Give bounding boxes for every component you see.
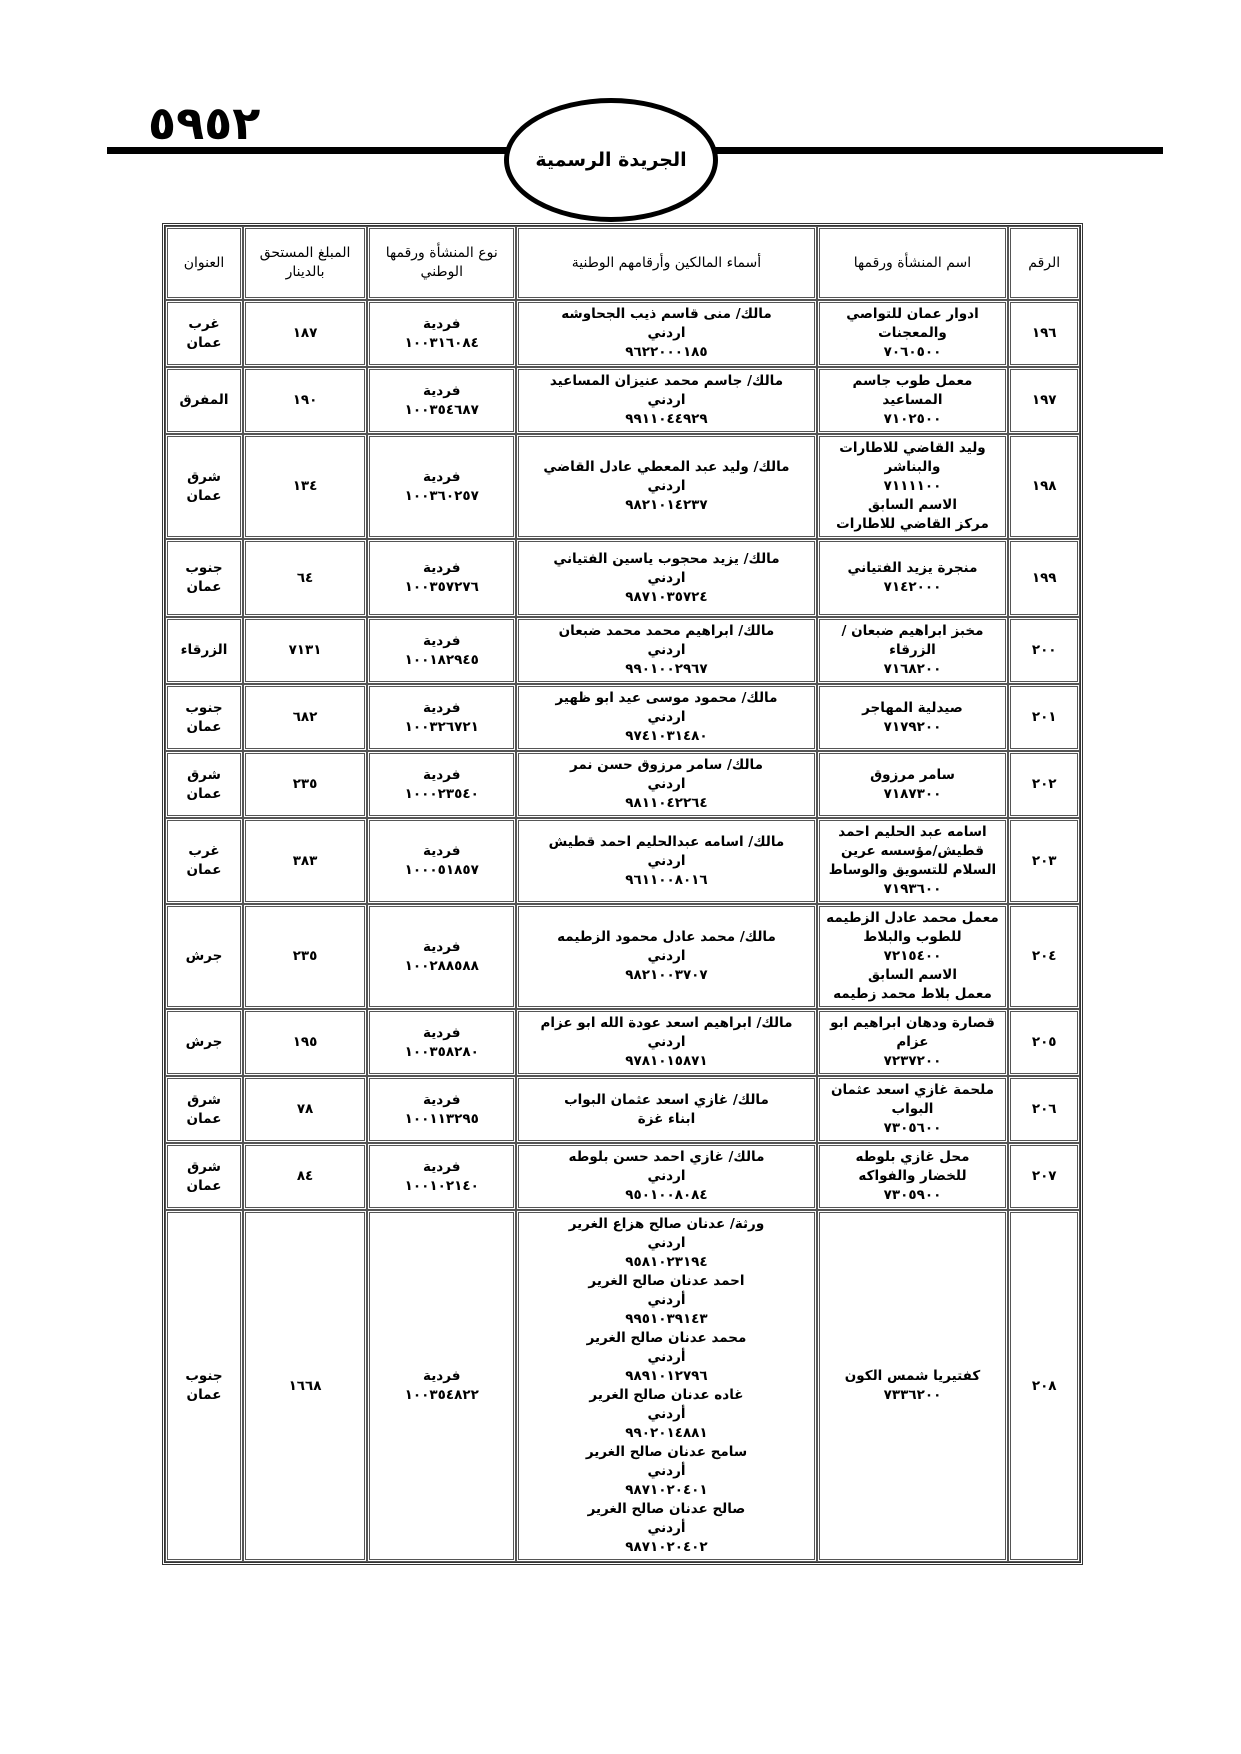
cell-type: فردية١٠٠٢٨٨٥٨٨ — [367, 904, 516, 1009]
cell-type-line: فردية — [374, 468, 509, 487]
cell-establishment-line: المساعيد — [824, 391, 1002, 410]
cell-type: فردية١٠٠١٠٢١٤٠ — [367, 1143, 516, 1210]
cell-amount: ١٨٧ — [243, 300, 367, 367]
cell-owners: مالك/ اسامه عبدالحليم احمد قطيشاردني٩٦١١… — [516, 818, 816, 904]
cell-establishment-line: ٧١١١١٠٠ — [824, 477, 1002, 496]
publication-title-oval: الجريدة الرسمية — [504, 98, 718, 222]
cell-type-line: ١٠٠١٨٢٩٤٥ — [374, 651, 509, 670]
cell-type: فردية١٠٠٣٥٧٢٧٦ — [367, 539, 516, 617]
cell-number: ١٩٧ — [1008, 367, 1080, 434]
table-row: ٢٠٨كفتيريا شمس الكون٧٣٣٦٢٠٠ورثة/ عدنان ص… — [165, 1210, 1080, 1562]
table-row: ٢٠٠مخبز ابراهيم ضبعان /الزرقاء٧١٦٨٢٠٠مال… — [165, 617, 1080, 684]
cell-type-line: ١٠٠٣٥٨٢٨٠ — [374, 1043, 509, 1062]
cell-type-line: ١٠٠٠٢٣٥٤٠ — [374, 785, 509, 804]
cell-owners-line: ٩٩٠٢٠١٤٨٨١ — [523, 1424, 809, 1443]
cell-establishment-line: قصارة ودهان ابراهيم ابو — [824, 1014, 1002, 1033]
cell-type-line: ١٠٠١١٣٢٩٥ — [374, 1110, 509, 1129]
cell-owners-line: ٩٩١١٠٤٤٩٢٩ — [523, 410, 809, 429]
cell-owners-line: مالك/ ابراهيم اسعد عودة الله ابو عزام — [523, 1014, 809, 1033]
cell-address-line: جرش — [172, 1033, 236, 1052]
cell-amount-value: ٢٣٥ — [293, 776, 318, 792]
table-header-row: الرقم اسم المنشأة ورقمها أسماء المالكين … — [165, 226, 1080, 300]
cell-number: ٢٠٠ — [1008, 617, 1080, 684]
cell-establishment-line: كفتيريا شمس الكون — [824, 1367, 1002, 1386]
cell-owners-line: اردني — [523, 947, 809, 966]
publication-title: الجريدة الرسمية — [535, 149, 686, 171]
cell-owners-line: اردني — [523, 1167, 809, 1186]
cell-establishment: اسامه عبد الحليم احمدقطيش/مؤسسه عرينالسل… — [817, 818, 1009, 904]
cell-number-value: ١٩٨ — [1032, 478, 1057, 494]
cell-type-line: فردية — [374, 559, 509, 578]
cell-owners-line: ابناء غزة — [523, 1110, 809, 1129]
cell-address: جرش — [165, 904, 243, 1009]
cell-address: شرقعمان — [165, 434, 243, 539]
cell-number: ٢٠٧ — [1008, 1143, 1080, 1210]
cell-establishment-line: ٧١٦٨٢٠٠ — [824, 660, 1002, 679]
cell-type-line: ١٠٠٣٢٦٧٢١ — [374, 718, 509, 737]
cell-type: فردية١٠٠٣١٦٠٨٤ — [367, 300, 516, 367]
cell-address: جنوبعمان — [165, 1210, 243, 1562]
cell-type: فردية١٠٠٣٥٤٨٢٢ — [367, 1210, 516, 1562]
cell-number-value: ١٩٧ — [1032, 392, 1057, 408]
cell-type-line: ١٠٠٢٨٨٥٨٨ — [374, 957, 509, 976]
cell-establishment-line: للطوب والبلاط — [824, 928, 1002, 947]
cell-owners-line: ٩٨٩١٠١٢٧٩٦ — [523, 1367, 809, 1386]
cell-number: ٢٠٢ — [1008, 751, 1080, 818]
cell-owners: مالك/ جاسم محمد عنيزان المساعيداردني٩٩١١… — [516, 367, 816, 434]
cell-address-line: عمان — [172, 1386, 236, 1405]
table-row: ٢٠٧محل غازي بلوطهللخضار والفواكه٧٣٠٥٩٠٠م… — [165, 1143, 1080, 1210]
cell-address: شرقعمان — [165, 751, 243, 818]
table-row: ١٩٨وليد القاضي للاطاراتوالبناشر٧١١١١٠٠ال… — [165, 434, 1080, 539]
cell-amount-value: ٦٨٢ — [293, 709, 318, 725]
cell-address-line: شرق — [172, 766, 236, 785]
cell-address: جنوبعمان — [165, 684, 243, 751]
cell-address-line: عمان — [172, 718, 236, 737]
cell-number-value: ٢٠٨ — [1032, 1378, 1057, 1394]
cell-amount: ٦٨٢ — [243, 684, 367, 751]
cell-owners: مالك/ ابراهيم اسعد عودة الله ابو عزامارد… — [516, 1009, 816, 1076]
cell-address-line: عمان — [172, 861, 236, 880]
cell-type-line: فردية — [374, 1091, 509, 1110]
cell-establishment-line: الاسم السابق — [824, 966, 1002, 985]
cell-owners-line: ٩٧٨١٠١٥٨٧١ — [523, 1052, 809, 1071]
cell-establishment: محل غازي بلوطهللخضار والفواكه٧٣٠٥٩٠٠ — [817, 1143, 1009, 1210]
cell-owners-line: ٩٩٠١٠٠٢٩٦٧ — [523, 660, 809, 679]
cell-type-line: فردية — [374, 1158, 509, 1177]
cell-amount-value: ٢٣٥ — [293, 948, 318, 964]
cell-amount-value: ٨٤ — [297, 1168, 313, 1184]
cell-type-line: فردية — [374, 699, 509, 718]
cell-address-line: المفرق — [172, 391, 236, 410]
cell-owners: مالك/ ابراهيم محمد محمد ضبعاناردني٩٩٠١٠٠… — [516, 617, 816, 684]
cell-owners-line: مالك/ غازي اسعد عثمان البواب — [523, 1091, 809, 1110]
column-header-amount: المبلغ المستحق بالدينار — [243, 226, 367, 300]
cell-number-value: ٢٠٧ — [1032, 1168, 1057, 1184]
table-row: ١٩٧معمل طوب جاسمالمساعيد٧١٠٢٥٠٠مالك/ جاس… — [165, 367, 1080, 434]
cell-establishment: صيدلية المهاجر٧١٧٩٢٠٠ — [817, 684, 1009, 751]
cell-establishment: معمل طوب جاسمالمساعيد٧١٠٢٥٠٠ — [817, 367, 1009, 434]
cell-establishment-line: ملحمة غازي اسعد عثمان — [824, 1081, 1002, 1100]
cell-establishment-line: سامر مرزوق — [824, 766, 1002, 785]
cell-address-line: عمان — [172, 1177, 236, 1196]
notices-table: الرقم اسم المنشأة ورقمها أسماء المالكين … — [162, 223, 1083, 1565]
cell-address-line: شرق — [172, 468, 236, 487]
cell-type-line: فردية — [374, 315, 509, 334]
cell-establishment-line: ٧٢١٥٤٠٠ — [824, 947, 1002, 966]
cell-establishment-line: والمعجنات — [824, 324, 1002, 343]
cell-owners-line: مالك/ محمود موسى عيد ابو ظهير — [523, 689, 809, 708]
cell-establishment: وليد القاضي للاطاراتوالبناشر٧١١١١٠٠الاسم… — [817, 434, 1009, 539]
cell-owners-line: اردني — [523, 775, 809, 794]
cell-type-line: ١٠٠٣٥٧٢٧٦ — [374, 578, 509, 597]
cell-owners-line: مالك/ يزيد محجوب ياسين الفتياني — [523, 550, 809, 569]
cell-type: فردية١٠٠٠٥١٨٥٧ — [367, 818, 516, 904]
cell-number: ١٩٨ — [1008, 434, 1080, 539]
cell-establishment-line: ادوار عمان للتواصي — [824, 305, 1002, 324]
cell-owners-line: ٩٨٧١٠٣٥٧٢٤ — [523, 588, 809, 607]
table-row: ١٩٦ادوار عمان للتواصيوالمعجنات٧٠٦٠٥٠٠مال… — [165, 300, 1080, 367]
cell-owners-line: مالك/ سامر مرزوق حسن نمر — [523, 756, 809, 775]
cell-address: غربعمان — [165, 300, 243, 367]
cell-owners-line: ٩٩٥١٠٣٩١٤٣ — [523, 1310, 809, 1329]
cell-establishment: قصارة ودهان ابراهيم ابوعزام٧٢٣٧٢٠٠ — [817, 1009, 1009, 1076]
cell-establishment-line: والبناشر — [824, 458, 1002, 477]
cell-owners: مالك/ غازي اسعد عثمان البوابابناء غزة — [516, 1076, 816, 1143]
cell-owners-line: اردني — [523, 1234, 809, 1253]
table-row: ٢٠٦ملحمة غازي اسعد عثمانالبواب٧٣٠٥٦٠٠مال… — [165, 1076, 1080, 1143]
column-header-address: العنوان — [165, 226, 243, 300]
cell-establishment-line: مركز القاضي للاطارات — [824, 515, 1002, 534]
page-number: ٥٩٥٢ — [148, 96, 260, 150]
cell-address-line: عمان — [172, 578, 236, 597]
cell-owners: مالك/ غازي احمد حسن بلوطهاردني٩٥٠١٠٠٨٠٨٤ — [516, 1143, 816, 1210]
column-header-establishment: اسم المنشأة ورقمها — [817, 226, 1009, 300]
cell-amount: ١٦٦٨ — [243, 1210, 367, 1562]
cell-type-line: ١٠٠٣٥٤٨٢٢ — [374, 1386, 509, 1405]
cell-owners: ورثة/ عدنان صالح هزاع الغريراردني٩٥٨١٠٢٣… — [516, 1210, 816, 1562]
cell-owners-line: ٩٨١١٠٤٢٢٦٤ — [523, 794, 809, 813]
cell-owners-line: اردني — [523, 477, 809, 496]
cell-establishment: معمل محمد عادل الزطيمهللطوب والبلاط٧٢١٥٤… — [817, 904, 1009, 1009]
cell-type-line: فردية — [374, 842, 509, 861]
cell-amount: ٧١٣١ — [243, 617, 367, 684]
cell-number-value: ٢٠١ — [1032, 709, 1057, 725]
cell-owners-line: محمد عدنان صالح الغرير — [523, 1329, 809, 1348]
table-body: ١٩٦ادوار عمان للتواصيوالمعجنات٧٠٦٠٥٠٠مال… — [165, 300, 1080, 1562]
cell-owners-line: صالح عدنان صالح الغرير — [523, 1500, 809, 1519]
cell-address-line: عمان — [172, 1110, 236, 1129]
cell-owners-line: اردني — [523, 1033, 809, 1052]
cell-address-line: عمان — [172, 487, 236, 506]
cell-owners-line: اردني — [523, 324, 809, 343]
cell-owners-line: أردني — [523, 1291, 809, 1310]
cell-establishment-line: ٧٣٣٦٢٠٠ — [824, 1386, 1002, 1405]
cell-type-line: فردية — [374, 938, 509, 957]
cell-address-line: جنوب — [172, 559, 236, 578]
cell-amount-value: ١٩٠ — [293, 392, 318, 408]
cell-establishment-line: الزرقاء — [824, 641, 1002, 660]
cell-establishment-line: ٧٣٠٥٩٠٠ — [824, 1186, 1002, 1205]
cell-address-line: الزرقاء — [172, 641, 236, 660]
cell-number-value: ١٩٩ — [1032, 570, 1057, 586]
table-row: ٢٠٣اسامه عبد الحليم احمدقطيش/مؤسسه عرينا… — [165, 818, 1080, 904]
cell-establishment-line: ٧١٠٢٥٠٠ — [824, 410, 1002, 429]
cell-amount-value: ٧١٣١ — [289, 642, 322, 658]
cell-amount-value: ٣٨٣ — [293, 853, 318, 869]
cell-amount: ١٩٠ — [243, 367, 367, 434]
cell-number: ٢٠٣ — [1008, 818, 1080, 904]
table-row: ٢٠٤معمل محمد عادل الزطيمهللطوب والبلاط٧٢… — [165, 904, 1080, 1009]
cell-establishment: منجرة يزيد الفتياني٧١٤٢٠٠٠ — [817, 539, 1009, 617]
cell-owners-line: مالك/ محمد عادل محمود الزطيمه — [523, 928, 809, 947]
notices-table-container: الرقم اسم المنشأة ورقمها أسماء المالكين … — [162, 223, 1083, 1565]
cell-type-line: ١٠٠٣١٦٠٨٤ — [374, 334, 509, 353]
cell-number-value: ٢٠٤ — [1032, 948, 1057, 964]
cell-address-line: عمان — [172, 785, 236, 804]
cell-type-line: فردية — [374, 1367, 509, 1386]
cell-owners: مالك/ يزيد محجوب ياسين الفتيانياردني٩٨٧١… — [516, 539, 816, 617]
cell-owners-line: غاده عدنان صالح الغرير — [523, 1386, 809, 1405]
cell-owners-line: مالك/ منى قاسم ذيب الجحاوشه — [523, 305, 809, 324]
cell-owners-line: ٩٥٨١٠٢٣١٩٤ — [523, 1253, 809, 1272]
cell-establishment-line: محل غازي بلوطه — [824, 1148, 1002, 1167]
cell-owners-line: مالك/ وليد عبد المعطي عادل القاضي — [523, 458, 809, 477]
cell-establishment-line: ٧١٧٩٢٠٠ — [824, 718, 1002, 737]
cell-establishment-line: عزام — [824, 1033, 1002, 1052]
cell-number-value: ٢٠٣ — [1032, 853, 1057, 869]
cell-owners-line: اردني — [523, 852, 809, 871]
cell-establishment-line: وليد القاضي للاطارات — [824, 439, 1002, 458]
cell-amount: ٣٨٣ — [243, 818, 367, 904]
cell-address-line: شرق — [172, 1091, 236, 1110]
cell-owners-line: اردني — [523, 391, 809, 410]
cell-amount-value: ١٩٥ — [293, 1034, 318, 1050]
cell-type-line: ١٠٠١٠٢١٤٠ — [374, 1177, 509, 1196]
cell-owners-line: أردني — [523, 1348, 809, 1367]
cell-owners-line: مالك/ ابراهيم محمد محمد ضبعان — [523, 622, 809, 641]
cell-type: فردية١٠٠٣٢٦٧٢١ — [367, 684, 516, 751]
cell-establishment-line: معمل بلاط محمد زطيمه — [824, 985, 1002, 1004]
cell-amount-value: ١٦٦٨ — [289, 1378, 322, 1394]
cell-owners-line: مالك/ غازي احمد حسن بلوطه — [523, 1148, 809, 1167]
cell-establishment-line: صيدلية المهاجر — [824, 699, 1002, 718]
cell-number: ٢٠١ — [1008, 684, 1080, 751]
cell-number: ١٩٦ — [1008, 300, 1080, 367]
cell-owners-line: ٩٨٧١٠٢٠٤٠٢ — [523, 1538, 809, 1557]
cell-address: جرش — [165, 1009, 243, 1076]
cell-owners-line: ٩٨٢١٠١٤٢٣٧ — [523, 496, 809, 515]
cell-amount-value: ١٨٧ — [293, 325, 318, 341]
cell-address-line: جنوب — [172, 699, 236, 718]
cell-owners-line: ٩٨٢١٠٠٣٧٠٧ — [523, 966, 809, 985]
cell-establishment-line: السلام للتسويق والوساط — [824, 861, 1002, 880]
cell-address: شرقعمان — [165, 1076, 243, 1143]
cell-type-line: فردية — [374, 382, 509, 401]
cell-type-line: فردية — [374, 766, 509, 785]
cell-owners-line: أردني — [523, 1405, 809, 1424]
cell-type-line: ١٠٠٣٦٠٢٥٧ — [374, 487, 509, 506]
table-row: ٢٠١صيدلية المهاجر٧١٧٩٢٠٠مالك/ محمود موسى… — [165, 684, 1080, 751]
cell-establishment-line: قطيش/مؤسسه عرين — [824, 842, 1002, 861]
cell-amount: ١٩٥ — [243, 1009, 367, 1076]
cell-address: جنوبعمان — [165, 539, 243, 617]
cell-establishment-line: ٧١٨٧٣٠٠ — [824, 785, 1002, 804]
cell-establishment-line: ٧٠٦٠٥٠٠ — [824, 343, 1002, 362]
column-header-number: الرقم — [1008, 226, 1080, 300]
cell-number: ١٩٩ — [1008, 539, 1080, 617]
cell-establishment-line: الاسم السابق — [824, 496, 1002, 515]
cell-type: فردية١٠٠٣٦٠٢٥٧ — [367, 434, 516, 539]
cell-establishment-line: معمل طوب جاسم — [824, 372, 1002, 391]
cell-number-value: ٢٠٠ — [1032, 642, 1057, 658]
cell-owners-line: سامح عدنان صالح الغرير — [523, 1443, 809, 1462]
cell-establishment: سامر مرزوق٧١٨٧٣٠٠ — [817, 751, 1009, 818]
column-header-type: نوع المنشأة ورقمها الوطني — [367, 226, 516, 300]
cell-type: فردية١٠٠٣٥٨٢٨٠ — [367, 1009, 516, 1076]
cell-type: فردية١٠٠٠٢٣٥٤٠ — [367, 751, 516, 818]
cell-establishment-line: للخضار والفواكه — [824, 1167, 1002, 1186]
cell-owners-line: ٩٨٧١٠٢٠٤٠١ — [523, 1481, 809, 1500]
cell-establishment-line: البواب — [824, 1100, 1002, 1119]
cell-owners-line: أردني — [523, 1462, 809, 1481]
table-row: ١٩٩منجرة يزيد الفتياني٧١٤٢٠٠٠مالك/ يزيد … — [165, 539, 1080, 617]
cell-number: ٢٠٤ — [1008, 904, 1080, 1009]
cell-address-line: جرش — [172, 947, 236, 966]
cell-number-value: ٢٠٢ — [1032, 776, 1057, 792]
cell-amount: ٨٤ — [243, 1143, 367, 1210]
cell-establishment: ملحمة غازي اسعد عثمانالبواب٧٣٠٥٦٠٠ — [817, 1076, 1009, 1143]
cell-type-line: فردية — [374, 632, 509, 651]
cell-owners-line: ٩٦١١٠٠٨٠١٦ — [523, 871, 809, 890]
cell-owners: مالك/ سامر مرزوق حسن نمراردني٩٨١١٠٤٢٢٦٤ — [516, 751, 816, 818]
cell-type: فردية١٠٠١١٣٢٩٥ — [367, 1076, 516, 1143]
cell-type-line: ١٠٠٣٥٤٦٨٧ — [374, 401, 509, 420]
cell-owners: مالك/ محمود موسى عيد ابو ظهيراردني٩٧٤١٠٣… — [516, 684, 816, 751]
cell-establishment-line: معمل محمد عادل الزطيمه — [824, 909, 1002, 928]
cell-owners-line: ٩٦٢٢٠٠٠١٨٥ — [523, 343, 809, 362]
cell-number: ٢٠٦ — [1008, 1076, 1080, 1143]
cell-number-value: ٢٠٦ — [1032, 1101, 1057, 1117]
cell-amount: ٢٣٥ — [243, 904, 367, 1009]
cell-address-line: غرب — [172, 315, 236, 334]
cell-amount: ١٣٤ — [243, 434, 367, 539]
cell-amount-value: ١٣٤ — [293, 478, 318, 494]
cell-establishment-line: مخبز ابراهيم ضبعان / — [824, 622, 1002, 641]
cell-number-value: ٢٠٥ — [1032, 1034, 1057, 1050]
cell-establishment-line: منجرة يزيد الفتياني — [824, 559, 1002, 578]
cell-establishment: كفتيريا شمس الكون٧٣٣٦٢٠٠ — [817, 1210, 1009, 1562]
cell-owners-line: اردني — [523, 641, 809, 660]
cell-address: المفرق — [165, 367, 243, 434]
table-row: ٢٠٢سامر مرزوق٧١٨٧٣٠٠مالك/ سامر مرزوق حسن… — [165, 751, 1080, 818]
cell-type-line: فردية — [374, 1024, 509, 1043]
cell-owners: مالك/ وليد عبد المعطي عادل القاضياردني٩٨… — [516, 434, 816, 539]
cell-address-line: جنوب — [172, 1367, 236, 1386]
cell-type-line: ١٠٠٠٥١٨٥٧ — [374, 861, 509, 880]
cell-owners-line: ورثة/ عدنان صالح هزاع الغرير — [523, 1215, 809, 1234]
cell-owners-line: احمد عدنان صالح الغرير — [523, 1272, 809, 1291]
cell-establishment-line: ٧٢٣٧٢٠٠ — [824, 1052, 1002, 1071]
cell-establishment-line: ٧١٩٣٦٠٠ — [824, 880, 1002, 899]
cell-number-value: ١٩٦ — [1032, 325, 1057, 341]
cell-address: غربعمان — [165, 818, 243, 904]
cell-owners-line: مالك/ جاسم محمد عنيزان المساعيد — [523, 372, 809, 391]
cell-address-line: عمان — [172, 334, 236, 353]
cell-address-line: غرب — [172, 842, 236, 861]
cell-establishment: ادوار عمان للتواصيوالمعجنات٧٠٦٠٥٠٠ — [817, 300, 1009, 367]
cell-owners: مالك/ منى قاسم ذيب الجحاوشهاردني٩٦٢٢٠٠٠١… — [516, 300, 816, 367]
cell-owners-line: مالك/ اسامه عبدالحليم احمد قطيش — [523, 833, 809, 852]
cell-establishment-line: اسامه عبد الحليم احمد — [824, 823, 1002, 842]
cell-type: فردية١٠٠١٨٢٩٤٥ — [367, 617, 516, 684]
table-row: ٢٠٥قصارة ودهان ابراهيم ابوعزام٧٢٣٧٢٠٠مال… — [165, 1009, 1080, 1076]
cell-address: شرقعمان — [165, 1143, 243, 1210]
cell-owners-line: ٩٥٠١٠٠٨٠٨٤ — [523, 1186, 809, 1205]
cell-address: الزرقاء — [165, 617, 243, 684]
cell-amount-value: ٧٨ — [297, 1101, 313, 1117]
cell-number: ٢٠٨ — [1008, 1210, 1080, 1562]
cell-type: فردية١٠٠٣٥٤٦٨٧ — [367, 367, 516, 434]
cell-number: ٢٠٥ — [1008, 1009, 1080, 1076]
cell-establishment-line: ٧٣٠٥٦٠٠ — [824, 1119, 1002, 1138]
cell-owners: مالك/ محمد عادل محمود الزطيمهاردني٩٨٢١٠٠… — [516, 904, 816, 1009]
cell-amount: ٢٣٥ — [243, 751, 367, 818]
cell-establishment-line: ٧١٤٢٠٠٠ — [824, 578, 1002, 597]
cell-owners-line: أردني — [523, 1519, 809, 1538]
cell-amount: ٧٨ — [243, 1076, 367, 1143]
cell-owners-line: اردني — [523, 569, 809, 588]
cell-address-line: شرق — [172, 1158, 236, 1177]
cell-amount: ٦٤ — [243, 539, 367, 617]
column-header-owners: أسماء المالكين وأرقامهم الوطنية — [516, 226, 816, 300]
cell-owners-line: اردني — [523, 708, 809, 727]
cell-amount-value: ٦٤ — [297, 570, 313, 586]
cell-owners-line: ٩٧٤١٠٣١٤٨٠ — [523, 727, 809, 746]
cell-establishment: مخبز ابراهيم ضبعان /الزرقاء٧١٦٨٢٠٠ — [817, 617, 1009, 684]
